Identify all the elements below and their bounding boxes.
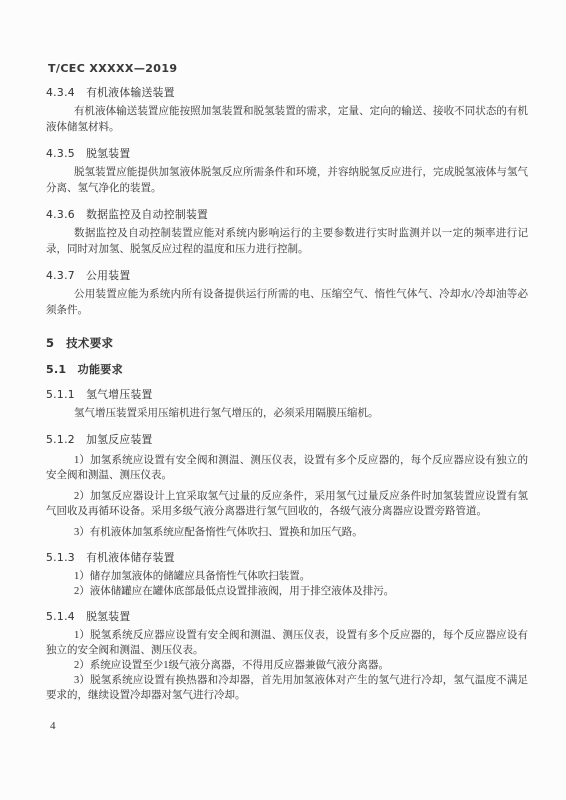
list-item: 1）加氢系统应设置有安全阀和测温、测压仪表，设置有多个反应器的，每个反应器应设有…	[46, 453, 528, 483]
list-item: 2）系统应设置至少1级气液分离器，不得用反应器兼做气液分离器。	[46, 658, 528, 673]
list-item: 1）脱氢系统反应器应设置有安全阀和测温、测压仪表，设置有多个反应器的，每个反应器…	[46, 628, 528, 658]
list-item: 1）储存加氢液体的储罐应具备惰性气体吹扫装置。	[46, 569, 528, 584]
clause-heading-4-3-4: 4.3.4 有机液体输送装置	[46, 85, 528, 100]
list-item: 3）脱氢系统应设置有换热器和冷却器，首先用加氢液体对产生的氢气进行冷却，氢气温度…	[46, 673, 528, 703]
standard-code-text: T/CEC XXXXX—2019	[48, 62, 177, 75]
list-item: 2）液体储罐应在罐体底部最低点设置排液阀，用于排空液体及排污。	[46, 584, 528, 599]
standard-code-header: T/CEC XXXXX—2019	[48, 62, 528, 75]
clause-heading-5-1-2: 5.1.2 加氢反应装置	[46, 432, 528, 447]
clause-heading-5-1-4: 5.1.4 脱氢装置	[46, 609, 528, 624]
section-heading-5: 5 技术要求	[46, 335, 528, 351]
paragraph: 氢气增压装置采用压缩机进行氢气增压的，必须采用隔膜压缩机。	[46, 406, 528, 422]
list-item: 2）加氢反应器设计上宜采取氢气过量的反应条件，采用氢气过量反应条件时加氢装置应设…	[46, 489, 528, 519]
paragraph: 数据监控及自动控制装置应能对系统内影响运行的主要参数进行实时监测并以一定的频率进…	[46, 226, 528, 258]
clause-heading-4-3-6: 4.3.6 数据监控及自动控制装置	[46, 207, 528, 222]
clause-heading-4-3-7: 4.3.7 公用装置	[46, 268, 528, 283]
paragraph: 脱氢装置应能提供加氢液体脱氢反应所需条件和环境，并容纳脱氢反应进行，完成脱氢液体…	[46, 165, 528, 197]
clause-heading-5-1-1: 5.1.1 氢气增压装置	[46, 387, 528, 402]
paragraph: 公用装置应能为系统内所有设备提供运行所需的电、压缩空气、惰性气体气、冷却水/冷却…	[46, 287, 528, 319]
paragraph: 有机液体输送装置应能按照加氢装置和脱氢装置的需求，定量、定向的输送、接收不同状态…	[46, 104, 528, 136]
document-page: T/CEC XXXXX—2019 4.3.4 有机液体输送装置 有机液体输送装置…	[0, 0, 566, 800]
clause-heading-4-3-5: 4.3.5 脱氢装置	[46, 146, 528, 161]
document-body: T/CEC XXXXX—2019 4.3.4 有机液体输送装置 有机液体输送装置…	[46, 62, 528, 703]
clause-heading-5-1-3: 5.1.3 有机液体储存装置	[46, 550, 528, 565]
section-heading-5-1: 5.1 功能要求	[46, 361, 528, 377]
page-number: 4	[50, 720, 56, 732]
list-item: 3）有机液体加氢系统应配备惰性气体吹扫、置换和加压气路。	[46, 525, 528, 540]
